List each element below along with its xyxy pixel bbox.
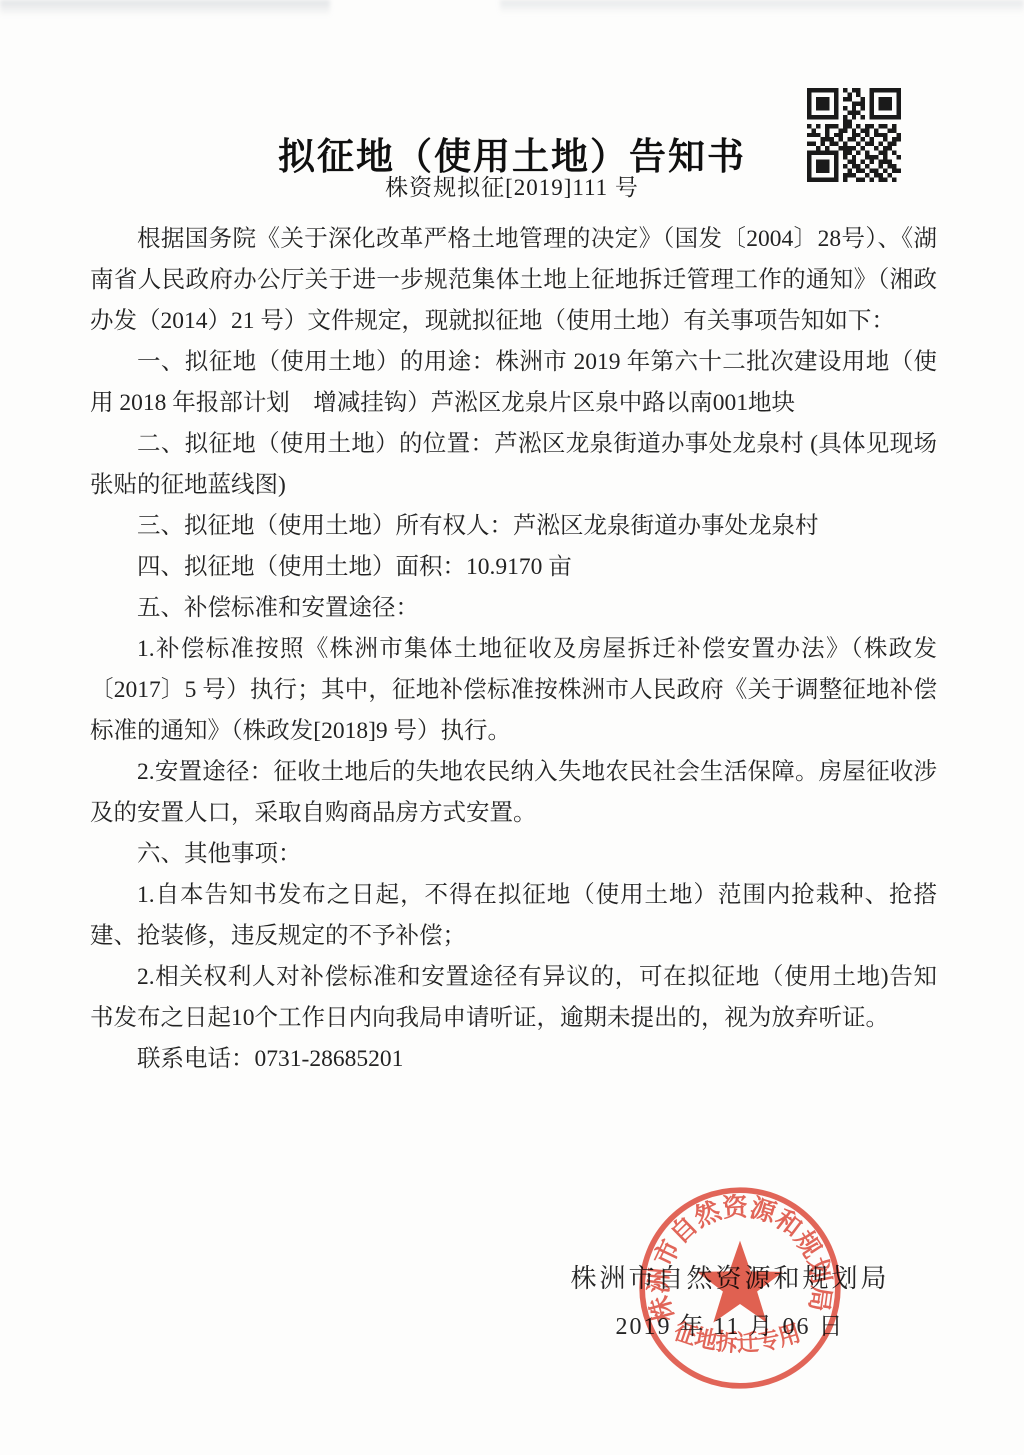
- paragraph-area: 四、拟征地（使用土地）面积：10.9170 亩: [90, 547, 937, 588]
- paragraph-owner: 三、拟征地（使用土地）所有权人：芦淞区龙泉街道办事处龙泉村: [90, 506, 937, 547]
- scan-artifact: [0, 0, 330, 16]
- seal-star: [697, 1241, 783, 1323]
- qr-code-icon: [804, 88, 904, 182]
- contact-phone: 联系电话：0731-28685201: [90, 1039, 937, 1080]
- document-page: 拟征地（使用土地）告知书 株资规拟征[2019]111 号 根据国务院《关于深化…: [0, 0, 1024, 1455]
- paragraph-section5: 五、补偿标准和安置途径：: [90, 588, 937, 629]
- document-body: 根据国务院《关于深化改革严格土地管理的决定》（国发〔2004〕28号）、《湖南省…: [90, 219, 937, 1080]
- paragraph-compensation: 1.补偿标准按照《株洲市集体土地征收及房屋拆迁补偿安置办法》（株政发〔2017〕…: [90, 629, 937, 752]
- paragraph-purpose: 一、拟征地（使用土地）的用途：株洲市 2019 年第六十二批次建设用地（使用 2…: [90, 342, 937, 424]
- paragraph-location: 二、拟征地（使用土地）的位置：芦淞区龙泉街道办事处龙泉村 (具体见现场张贴的征地…: [90, 424, 937, 506]
- official-seal: 株洲市自然资源和规划局 征地拆迁专用章: [637, 1184, 843, 1392]
- paragraph-resettlement: 2.安置途径：征收土地后的失地农民纳入失地农民社会生活保障。房屋征收涉及的安置人…: [90, 752, 937, 834]
- paragraph-other1: 1.自本告知书发布之日起，不得在拟征地（使用土地）范围内抢栽种、抢搭建、抢装修，…: [90, 875, 937, 957]
- paragraph-intro: 根据国务院《关于深化改革严格土地管理的决定》（国发〔2004〕28号）、《湖南省…: [90, 219, 937, 342]
- scan-artifact: [500, 0, 1024, 14]
- paragraph-other2: 2.相关权利人对补偿标准和安置途径有异议的，可在拟征地（使用土地)告知书发布之日…: [90, 957, 937, 1039]
- paragraph-section6: 六、其他事项：: [90, 834, 937, 875]
